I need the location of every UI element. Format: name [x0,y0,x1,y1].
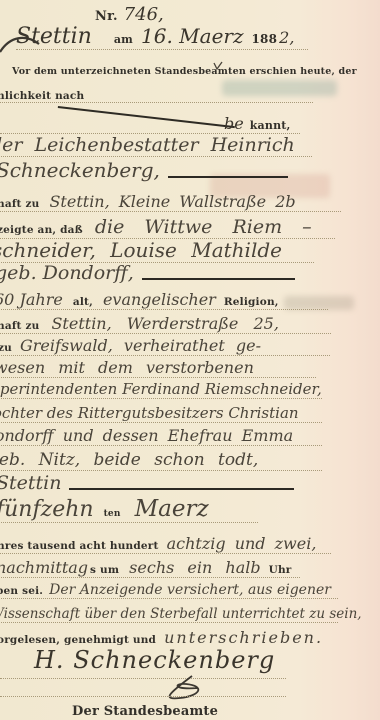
age-label: alt, [73,296,93,308]
identity-fragment: nlichkeit nach [0,90,84,102]
married-row: wesen mit dem verstorbenen [0,358,316,378]
declarant-row-1: der Leichenbestatter Heinrich [0,134,312,157]
ten-suffix-label: ten [104,509,121,519]
religion-value: evangelischer [103,290,216,309]
residence2-row: haft zu Stettin, Werderstraße 25, [0,314,331,334]
second-signature-rule [0,696,286,697]
death-date-row: fünfzehn ten Maerz [0,496,258,523]
assurance-row-1: ben sei. Der Anzeigende versichert, aus … [0,582,338,599]
announce-label: zeigte an, daß [0,224,83,236]
husband-line: Superintendenten Ferdinand Riemschneider… [0,380,322,398]
parents-line1: Tochter des Rittergutsbesitzers Christia… [0,404,299,422]
deceased-line1: die Wittwe Riem – [95,216,312,238]
deceased-line3: geb. Dondorff, [0,262,134,284]
married-line: wesen mit dem verstorbenen [0,358,254,377]
time-printed2: Uhr [269,564,292,576]
known-row: be kannt, [0,114,300,134]
deceased-row-3: geb. Dondorff, [0,262,295,284]
known-printed: kannt, [250,119,291,132]
assurance-row-2: Wissenschaft über den Sterbefall unterri… [0,606,338,623]
death-place-row: Stettin [0,472,294,494]
residence2-label: haft zu [0,320,39,332]
declarant-line2: Schneckenberg, [0,158,160,182]
death-place: Stettin [0,472,61,494]
assurance-line2: Wissenschaft über den Sterbefall unterri… [0,606,362,622]
known-written: be [224,114,244,133]
residence1-value: Stettin, Kleine Wallstraße 2b [49,192,295,211]
civil-registry-document-scan: Nr. 746, Stettin am 16. Maerz 188 2, Vor… [0,0,380,720]
year-line-written: achtzig und zwei, [167,534,317,553]
signature-flourish [128,674,248,706]
husband-row: Superintendenten Ferdinand Riemschneider… [0,380,322,399]
signature: H. Schneckenberg [34,646,275,674]
heavy-fill-line [142,278,295,280]
year-written: 2, [279,28,294,47]
residence1-row: haft zu Stettin, Kleine Wallstraße 2b [0,192,341,212]
place-date-row: Stettin am 16. Maerz 188 2, [16,24,308,50]
parents-row-2: Dondorff und dessen Ehefrau Emma [0,426,322,446]
year-printed: 188 [252,32,278,46]
death-year-row: hres tausend acht hundert achtzig und zw… [0,534,331,554]
official-title-row: Der Standesbeamte [72,704,218,719]
time-written2: sechs ein halb [129,558,260,577]
religion-label: Religion, [224,296,279,308]
age-value: 60 Jahre [0,290,63,309]
time-printed1: s um [90,564,119,576]
year-line-printed: hres tausend acht hundert [0,540,159,552]
deceased-line2: schneider, Louise Mathilde [0,238,282,262]
deceased-row-2: schneider, Louise Mathilde [0,238,314,263]
heavy-fill-line [168,176,288,178]
closing-printed: orgelesen, genehmigt und [0,634,156,646]
closing-written: unterschrieben. [164,628,323,647]
residence1-label: haft zu [0,198,39,210]
place-header: Stettin [16,24,92,49]
age-religion-row: 60 Jahre alt, evangelischer Religion, [0,290,328,310]
assurance-line1: Der Anzeigende versichert, aus eigener [49,582,331,598]
parents-line3: geb. Nitz, beide schon todt, [0,450,258,470]
declarant-row-2: Schneckenberg, [0,158,288,182]
closing-row: orgelesen, genehmigt und unterschrieben. [0,628,323,647]
am-label: am [114,33,133,46]
residence2-value: Stettin, Werderstraße 25, [51,314,278,333]
identity-row: nlichkeit nach [0,90,313,103]
record-number-value: 746, [124,4,164,25]
born-value: Greifswald, verheirathet ge- [20,336,261,355]
heavy-fill-line [69,488,294,490]
record-number-label: Nr. [95,9,118,24]
died-fragment: ben sei. [0,585,43,597]
parents-row-1: Tochter des Rittergutsbesitzers Christia… [0,404,322,423]
death-day: fünfzehn [0,497,94,522]
official-title: Der Standesbeamte [72,704,218,719]
intro-row: Vor dem unterzeichneten Standesbeamten e… [12,66,357,77]
birthplace-row: zu Greifswald, verheirathet ge- [0,336,330,356]
announce-row: zeigte an, daß die Wittwe Riem – [0,216,335,239]
declarant-line1: der Leichenbestatter Heinrich [0,134,295,156]
parents-line2: Dondorff und dessen Ehefrau Emma [0,426,293,445]
time-written1: nachmittag [0,558,88,577]
death-time-row: nachmittag s um sechs ein halb Uhr [0,558,300,578]
date-value: 16. Maerz [141,24,244,48]
parents-row-3: geb. Nitz, beide schon todt, [0,450,322,471]
record-number-row: Nr. 746, [95,4,164,25]
intro-text: Vor dem unterzeichneten Standesbeamten e… [12,66,357,77]
death-month: Maerz [135,496,209,522]
born-label: zu [0,342,12,354]
